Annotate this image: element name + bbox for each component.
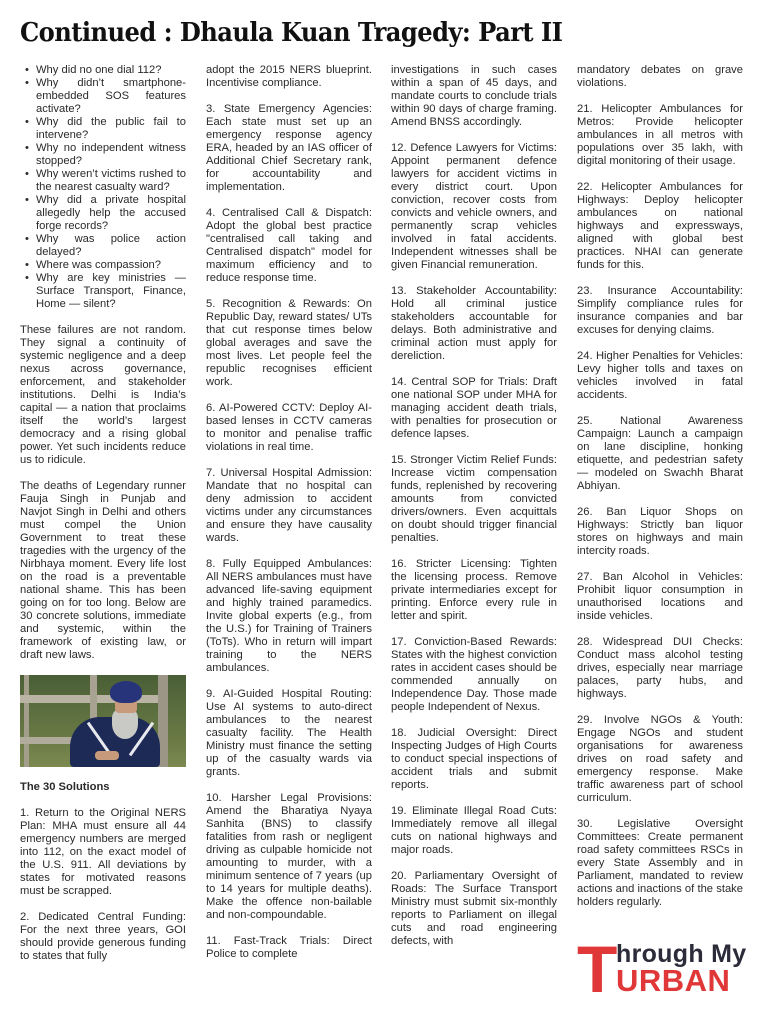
question-item: Why did a private hospital allegedly hel… — [20, 194, 186, 233]
solution-item: 19. Eliminate Illegal Road Cuts: Immedia… — [391, 805, 557, 857]
solution-item: 15. Stronger Victim Relief Funds: Increa… — [391, 454, 557, 545]
column-2: adopt the 2015 NERS blueprint. Incentivi… — [206, 64, 372, 974]
solution-item: 24. Higher Penalties for Vehicles: Levy … — [577, 350, 743, 402]
logo-big-t: T — [577, 936, 617, 1002]
questions-list: Why did no one dial 112? Why didn’t smar… — [20, 64, 186, 311]
question-item: Why weren’t victims rushed to the neares… — [20, 168, 186, 194]
logo-line-2: URBAN — [616, 965, 730, 996]
solution-item: 27. Ban Alcohol in Vehicles: Prohibit li… — [577, 571, 743, 623]
through-my-turban-logo: T hrough My URBAN — [577, 942, 757, 1000]
solution-item: 1. Return to the Original NERS Plan: MHA… — [20, 807, 186, 898]
solution-item: 16. Stricter Licensing: Tighten the lice… — [391, 558, 557, 623]
solution-item-continued: adopt the 2015 NERS blueprint. Incentivi… — [206, 64, 372, 90]
solution-item: 11. Fast-Track Trials: Direct Police to … — [206, 935, 372, 961]
column-4: mandatory debates on grave violations. 2… — [577, 64, 743, 922]
page-title: Continued : Dhaula Kuan Tragedy: Part II — [20, 18, 562, 48]
body-paragraph: The deaths of Legendary runner Fauja Sin… — [20, 480, 186, 662]
solution-item: 8. Fully Equipped Ambulances: All NERS a… — [206, 558, 372, 675]
solution-item: 17. Conviction-Based Rewards: States wit… — [391, 636, 557, 714]
fauja-singh-photo — [20, 675, 186, 767]
solution-item: 13. Stakeholder Accountability: Hold all… — [391, 285, 557, 363]
question-item: Why no independent witness stopped? — [20, 142, 186, 168]
question-item: Why was police action delayed? — [20, 233, 186, 259]
question-item: Why didn’t smartphone-embedded SOS featu… — [20, 77, 186, 116]
body-paragraph: These failures are not random. They sign… — [20, 324, 186, 467]
column-1: Why did no one dial 112? Why didn’t smar… — [20, 64, 186, 976]
solution-item-continued: investigations in such cases within a sp… — [391, 64, 557, 129]
solution-item: 30. Legislative Oversight Committees: Cr… — [577, 818, 743, 909]
question-item: Where was compassion? — [20, 259, 186, 272]
solution-item-continued: mandatory debates on grave violations. — [577, 64, 743, 90]
solution-item: 18. Judicial Oversight: Direct Inspectin… — [391, 727, 557, 792]
solution-item: 21. Helicopter Ambulances for Metros: Pr… — [577, 103, 743, 168]
solution-item: 9. AI-Guided Hospital Routing: Use AI sy… — [206, 688, 372, 779]
solution-item: 10. Harsher Legal Provisions: Amend the … — [206, 792, 372, 922]
question-item: Why are key ministries — Surface Transpo… — [20, 272, 186, 311]
solution-item: 28. Widespread DUI Checks: Conduct mass … — [577, 636, 743, 701]
question-item: Why did no one dial 112? — [20, 64, 186, 77]
solution-item: 23. Insurance Accountability: Simplify c… — [577, 285, 743, 337]
solution-item: 2. Dedicated Central Funding: For the ne… — [20, 911, 186, 963]
solution-item: 6. AI-Powered CCTV: Deploy AI-based lens… — [206, 402, 372, 454]
solution-item: 5. Recognition & Rewards: On Republic Da… — [206, 298, 372, 389]
solution-item: 3. State Emergency Agencies: Each state … — [206, 103, 372, 194]
solution-item: 22. Helicopter Ambulances for Highways: … — [577, 181, 743, 272]
question-item: Why did the public fail to intervene? — [20, 116, 186, 142]
solution-item: 25. National Awareness Campaign: Launch … — [577, 415, 743, 493]
solution-item: 20. Parliamentary Oversight of Roads: Th… — [391, 870, 557, 948]
solution-item: 4. Centralised Call & Dispatch: Adopt th… — [206, 207, 372, 285]
solution-item: 29. Involve NGOs & Youth: Engage NGOs an… — [577, 714, 743, 805]
solution-item: 14. Central SOP for Trials: Draft one na… — [391, 376, 557, 441]
solution-item: 12. Defence Lawyers for Victims: Appoint… — [391, 142, 557, 272]
solutions-heading: The 30 Solutions — [20, 781, 186, 794]
column-3: investigations in such cases within a sp… — [391, 64, 557, 961]
solution-item: 26. Ban Liquor Shops on Highways: Strict… — [577, 506, 743, 558]
solution-item: 7. Universal Hospital Admission: Mandate… — [206, 467, 372, 545]
